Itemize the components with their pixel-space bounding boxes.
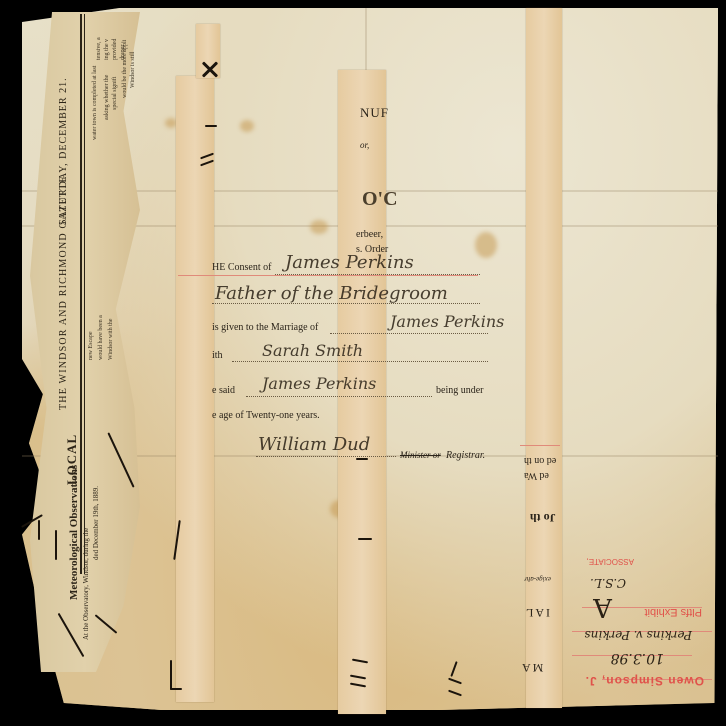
strip-fragment: MA: [520, 660, 543, 675]
tape-strip-right: [526, 8, 562, 708]
form-label-said: e said: [212, 385, 235, 396]
strip-fragment: Jo th: [530, 510, 556, 525]
registrar-label: Registrar.: [446, 450, 485, 461]
strip-fragment: ed on th: [524, 455, 556, 466]
red-rule: [178, 275, 478, 276]
form-line: [232, 361, 488, 362]
exhibit-label: Owen Simpson, J. 10.3.98 Perkins v. Perk…: [572, 540, 712, 700]
newspaper-column-text: new Escape: [88, 332, 95, 361]
ink-dash: [356, 458, 368, 460]
newspaper-column-text: special signifi: [112, 77, 119, 111]
exhibit-case: Perkins v. Perkins: [584, 628, 692, 642]
ink-dash: [358, 538, 372, 540]
form-label-age: e age of Twenty-one years.: [212, 410, 320, 421]
ink-line: [170, 688, 182, 690]
handwritten-bride-name: Sarah Smith: [262, 341, 363, 360]
strip-fragment: or,: [360, 140, 369, 150]
strip-fragment: ed Wa: [524, 470, 549, 481]
exhibit-party: Pltfs Exhibit: [645, 606, 702, 618]
ink-line: [170, 660, 172, 690]
ink-line: [55, 530, 57, 560]
newspaper-column-text: Windsor is still: [130, 52, 137, 88]
ink-dash: [205, 125, 217, 127]
strip-fragment: erbeer,: [356, 229, 383, 240]
exhibit-associate: ASSOCIATE,: [587, 557, 634, 566]
newspaper-rule: [80, 14, 82, 574]
form-line: [275, 274, 480, 275]
form-label-with: ith: [212, 350, 223, 361]
handwritten-signature: William Dud: [258, 434, 370, 455]
stain: [310, 220, 328, 234]
newspaper-column-text: ing the v: [104, 39, 111, 60]
stain: [475, 232, 497, 258]
newspaper-column-text: asking whether the: [104, 75, 111, 120]
struck-minister-label: Minister or: [400, 450, 441, 460]
tape-strip-left: [176, 76, 214, 702]
form-label-marriage-of: is given to the Marriage of: [212, 322, 318, 333]
handwritten-relationship: Father of the Bridegroom: [215, 283, 448, 304]
meteorology-heading: Meteorological Observations: [68, 465, 80, 600]
handwritten-consent-name: James Perkins: [285, 252, 414, 273]
newspaper-column-text: tensive, a: [96, 37, 103, 60]
ink-line: [38, 520, 40, 540]
newspaper-date: SATURDAY, DECEMBER 21.: [58, 77, 69, 225]
exhibit-date: 10.3.98: [611, 650, 664, 666]
form-line: [330, 333, 488, 334]
form-label-being-under: being under: [436, 385, 484, 396]
handwritten-minor-name: James Perkins: [262, 374, 376, 393]
newspaper-column-text: provided: [112, 39, 119, 60]
strip-fragment: NUF: [360, 105, 389, 121]
exhibit-letter: A: [593, 592, 612, 622]
newspaper-column-text: would have been a: [98, 315, 105, 360]
handwritten-groom-name: James Perkins: [390, 312, 504, 331]
signature-line: [256, 456, 396, 457]
newspaper-column-text: draper: [120, 45, 127, 60]
exhibit-initials: C.S.L.: [590, 576, 626, 590]
newspaper-rule: [84, 14, 85, 574]
form-line: [246, 396, 432, 397]
strip-fragment: exige-ahr: [524, 575, 551, 583]
newspaper-column-text: water town is completed at last: [92, 66, 99, 140]
red-rule: [520, 445, 560, 446]
stain: [240, 120, 254, 132]
exhibit-judge: Owen Simpson, J.: [585, 674, 704, 688]
strip-fragment: O'C: [362, 188, 398, 211]
form-label-consent: HE Consent of: [212, 262, 271, 273]
meteorology-subtitle: At the Observatory, Windsor, during the: [82, 528, 90, 640]
meteorology-subtitle-2: ded December 19th, 1889.: [92, 486, 100, 560]
strip-fragment: IAL: [524, 605, 550, 620]
newspaper-column-text: Windsor with the: [108, 319, 115, 360]
